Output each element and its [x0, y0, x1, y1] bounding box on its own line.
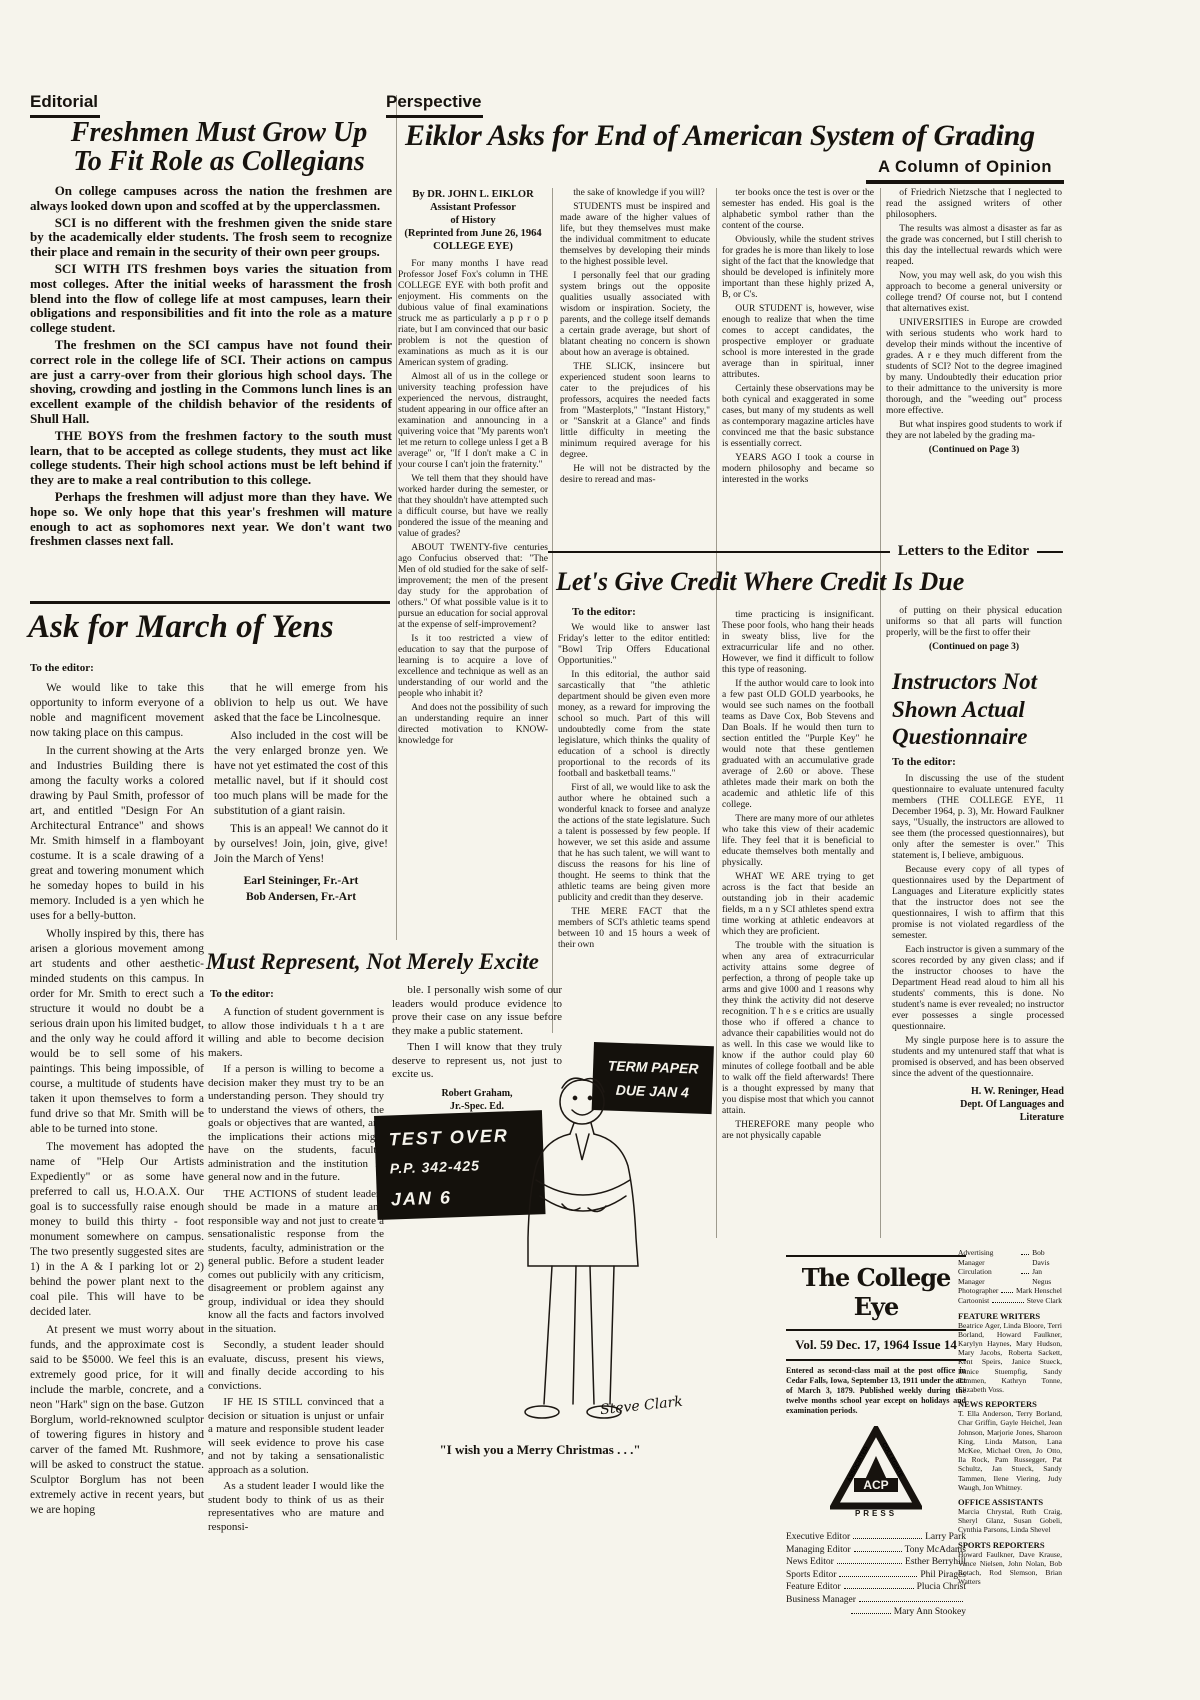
dot-leader — [839, 1576, 917, 1577]
paragraph: ter books once the test is over or the s… — [722, 188, 874, 232]
column-of-opinion-kicker: A Column of Opinion — [866, 158, 1064, 184]
eiklor-column-4: of Friedrich Nietzsche that I neglected … — [886, 188, 1062, 456]
paragraph: Perhaps the freshmen will adjust more th… — [30, 490, 392, 549]
yens-salutation: To the editor: — [30, 662, 94, 674]
staff-name: Steve Clark — [1027, 1296, 1062, 1306]
acp-press-logo: ACP MEMBER ASSOCIATED COLLEGIATE PRESS — [830, 1426, 922, 1518]
paragraph: We would like to answer last Friday's le… — [558, 623, 710, 667]
dot-leader — [851, 1613, 891, 1614]
instructors-letter-text: In discussing the use of the student que… — [892, 774, 1064, 1080]
board2-line1: TERM PAPER — [608, 1058, 700, 1077]
paragraph: Each instructor is given a summary of th… — [892, 945, 1064, 1033]
paragraph: We tell them that they should have worke… — [398, 474, 548, 540]
staff-role: Business Manager — [786, 1594, 856, 1607]
credit-column-2: time practicing is insignificant. These … — [722, 610, 874, 1145]
masthead-right-column: Advertising ManagerBob Davis Circulation… — [958, 1248, 1062, 1586]
masthead-volume-line: Vol. 59 Dec. 17, 1964 Issue 14 — [786, 1333, 966, 1357]
paragraph: Now, you may well ask, do you wish this … — [886, 271, 1062, 315]
eiklor-byline: By DR. JOHN L. EIKLOR Assistant Professo… — [398, 188, 548, 253]
staff-row: Executive EditorLarry Park — [786, 1531, 966, 1544]
dot-leader — [992, 1302, 1024, 1303]
staff-row: Sports EditorPhil Pirages — [786, 1569, 966, 1582]
paragraph: Wholly inspired by this, there has arise… — [30, 927, 204, 1137]
masthead-rule — [786, 1255, 966, 1257]
editorial-body: On college campuses across the nation th… — [30, 184, 392, 551]
staff-group-names: T. Ella Anderson, Terry Borland, Char Gr… — [958, 1409, 1062, 1492]
staff-name: Jan Negus — [1032, 1267, 1062, 1286]
credit-continued-line: (Continued on page 3) — [886, 642, 1062, 653]
paragraph: time practicing is insignificant. These … — [722, 610, 874, 676]
paragraph: Also included in the cost will be the ve… — [214, 729, 388, 819]
staff-group-title: NEWS REPORTERS — [958, 1399, 1062, 1409]
instructors-letter: In discussing the use of the student que… — [892, 774, 1064, 1124]
letters-to-editor-header: Letters to the Editor — [548, 543, 1063, 560]
paragraph: At present we must worry about funds, an… — [30, 1323, 204, 1518]
staff-role: News Editor — [786, 1556, 834, 1569]
acp-center-label: ACP — [863, 1478, 888, 1492]
dot-leader — [837, 1563, 902, 1564]
masthead-entered-notice: Entered as second-class mail at the post… — [786, 1366, 966, 1416]
staff-role: Executive Editor — [786, 1531, 850, 1544]
credit-salutation: To the editor: — [572, 606, 710, 618]
board1-line1: TEST OVER — [388, 1125, 509, 1149]
staff-row: Feature EditorPlucia Christ — [786, 1581, 966, 1594]
eiklor-continued-line: (Continued on Page 3) — [886, 445, 1062, 456]
paragraph: THE BOYS from the freshmen factory to th… — [30, 429, 392, 488]
staff-role: Sports Editor — [786, 1569, 836, 1582]
paragraph: For many months I have read Professor Jo… — [398, 259, 548, 369]
dot-leader — [844, 1588, 914, 1589]
editorial-headline: Freshmen Must Grow Up To Fit Role as Col… — [48, 118, 390, 177]
eiklor-column-1-text: For many months I have read Professor Jo… — [398, 259, 548, 747]
dot-leader — [859, 1601, 963, 1602]
acp-press-label: PRESS — [855, 1509, 897, 1518]
header-rule-left — [548, 551, 890, 553]
section-label-perspective: Perspective — [386, 92, 483, 118]
staff-name: Mark Henschel — [1016, 1286, 1062, 1296]
paragraph: that he will emerge from his oblivion to… — [214, 681, 388, 726]
staff-row: Business Manager — [786, 1594, 966, 1607]
credit-column-3-text: of putting on their physical education u… — [886, 606, 1062, 639]
yens-column-2: that he will emerge from his oblivion to… — [214, 681, 388, 905]
staff-name: Esther Berryhill — [905, 1556, 966, 1569]
column-rule — [396, 95, 397, 940]
masthead-title: The College Eye — [786, 1259, 966, 1327]
credit-column-1: To the editor: We would like to answer l… — [558, 606, 710, 954]
paragraph: We would like to take this opportunity t… — [30, 681, 204, 741]
credit-column-3: of putting on their physical education u… — [886, 606, 1062, 653]
dot-leader — [854, 1551, 902, 1552]
paragraph: THE MERE FACT that the members of SCI's … — [558, 907, 710, 951]
staff-row: Managing EditorTony McAdams — [786, 1544, 966, 1557]
credit-column-1-text: We would like to answer last Friday's le… — [558, 623, 710, 951]
yens-headline: Ask for March of Yens — [28, 610, 392, 645]
staff-role: Managing Editor — [786, 1544, 851, 1557]
staff-role: Cartoonist — [958, 1296, 989, 1306]
eiklor-headline: Eiklor Asks for End of American System o… — [405, 120, 1065, 152]
masthead-rule — [786, 1359, 966, 1361]
paragraph: the sake of knowledge if you will? — [560, 188, 710, 199]
paragraph: And does not the possibility of such an … — [398, 703, 548, 747]
yens-column-2-text: that he will emerge from his oblivion to… — [214, 681, 388, 867]
must-represent-salutation: To the editor: — [210, 988, 274, 1000]
paragraph: This is an appeal! We cannot do it by ou… — [214, 822, 388, 867]
paragraph: My single purpose here is to assure the … — [892, 1036, 1064, 1080]
staff-name: Mary Ann Stookey — [894, 1606, 966, 1619]
paragraph: WHAT WE ARE trying to get across is the … — [722, 872, 874, 938]
paragraph: In discussing the use of the student que… — [892, 774, 1064, 862]
paragraph: If the author would care to look into a … — [722, 679, 874, 811]
staff-role: Photographer — [958, 1286, 998, 1296]
paragraph: Is it too restricted a view of education… — [398, 634, 548, 700]
staff-group-names: Howard Faulkner, Dave Krause, Vance Niel… — [958, 1550, 1062, 1587]
header-rule-right — [1037, 551, 1063, 553]
acp-logo-wrap: ACP MEMBER ASSOCIATED COLLEGIATE PRESS — [786, 1426, 966, 1523]
paragraph: THEREFORE many people who are not physic… — [722, 1120, 874, 1142]
paragraph: I personally feel that our grading syste… — [560, 271, 710, 359]
masthead-rule — [786, 1329, 966, 1331]
column-rule — [552, 188, 553, 1033]
yens-signatures: Earl Steininger, Fr.-Art Bob Andersen, F… — [214, 873, 388, 905]
staff-group-names: Beatrice Ager, Linda Bloore, Terri Borla… — [958, 1321, 1062, 1395]
eiklor-column-3: ter books once the test is over or the s… — [722, 188, 874, 489]
test-over-board: TEST OVER P.P. 342-425 JAN 6 — [374, 1110, 546, 1220]
paragraph: The trouble with the situation is when a… — [722, 941, 874, 1117]
paragraph: SCI WITH ITS freshmen boys varies the si… — [30, 262, 392, 336]
editor-staff-list: Executive EditorLarry Park Managing Edit… — [786, 1531, 966, 1619]
paragraph: THE SLICK, insincere but experienced stu… — [560, 362, 710, 461]
column-rule — [880, 188, 881, 1238]
paragraph: of Friedrich Nietzsche that I neglected … — [886, 188, 1062, 221]
staff-row: CartoonistSteve Clark — [958, 1296, 1062, 1306]
paragraph: STUDENTS must be inspired and made aware… — [560, 202, 710, 268]
staff-row: Advertising ManagerBob Davis — [958, 1248, 1062, 1267]
paragraph: On college campuses across the nation th… — [30, 184, 392, 214]
staff-group-names: Marcia Chrystal, Ruth Craig, Sheryl Glan… — [958, 1507, 1062, 1535]
paragraph: Almost all of us in the college or unive… — [398, 372, 548, 471]
staff-row: Circulation ManagerJan Negus — [958, 1267, 1062, 1286]
paragraph: SCI is no different with the freshmen gi… — [30, 216, 392, 260]
paragraph: There are many more of our athletes who … — [722, 814, 874, 869]
staff-role: Circulation Manager — [958, 1267, 1018, 1286]
dot-leader — [1001, 1292, 1013, 1293]
staff-row: PhotographerMark Henschel — [958, 1286, 1062, 1296]
staff-row: News EditorEsther Berryhill — [786, 1556, 966, 1569]
cartoon-caption: "I wish you a Merry Christmas . . ." — [408, 1442, 672, 1458]
cartoon-drawing: TERM PAPER DUE JAN 4 TEST OVER P.P. 342-… — [356, 1038, 726, 1438]
staff-role: Feature Editor — [786, 1581, 841, 1594]
paragraph: In this editorial, the author said sarca… — [558, 670, 710, 780]
paragraph: The results was almost a disaster as far… — [886, 224, 1062, 268]
staff-row: Mary Ann Stookey — [786, 1606, 966, 1619]
paragraph: ble. I personally wish some of our leade… — [392, 984, 562, 1038]
masthead-box: The College Eye Vol. 59 Dec. 17, 1964 Is… — [786, 1253, 966, 1619]
paragraph: He will not be distracted by the desire … — [560, 464, 710, 486]
dot-leader — [1021, 1254, 1029, 1255]
staff-group-title: FEATURE WRITERS — [958, 1311, 1062, 1321]
paragraph: The movement has adopted the name of "He… — [30, 1140, 204, 1320]
paragraph: Certainly these observations may be both… — [722, 384, 874, 450]
instructors-signature: H. W. Reninger, Head Dept. Of Languages … — [892, 1085, 1064, 1124]
acp-member-label: MEMBER — [859, 1496, 893, 1502]
must-represent-headline: Must Represent, Not Merely Excite — [206, 950, 562, 974]
term-paper-board: TERM PAPER DUE JAN 4 — [592, 1042, 714, 1114]
section-label-editorial: Editorial — [30, 92, 100, 118]
yens-column-1: We would like to take this opportunity t… — [30, 681, 204, 1521]
newspaper-page: Editorial Freshmen Must Grow Up To Fit R… — [0, 0, 1200, 1700]
paragraph: First of all, we would like to ask the a… — [558, 783, 710, 904]
board1-line2: P.P. 342-425 — [390, 1157, 481, 1176]
board2-line2: DUE JAN 4 — [615, 1082, 689, 1101]
staff-role: Advertising Manager — [958, 1248, 1018, 1267]
eiklor-column-1: By DR. JOHN L. EIKLOR Assistant Professo… — [398, 188, 548, 750]
paragraph: UNIVERSITIES in Europe are crowded with … — [886, 318, 1062, 417]
staff-name: Bob Davis — [1032, 1248, 1062, 1267]
paragraph: Obviously, while the student strives for… — [722, 235, 874, 301]
instructors-salutation: To the editor: — [892, 756, 956, 768]
paragraph: In the current showing at the Arts and I… — [30, 744, 204, 924]
editorial-cartoon: TERM PAPER DUE JAN 4 TEST OVER P.P. 342-… — [356, 1038, 726, 1438]
paragraph: ABOUT TWENTY-five centuries ago Confuciu… — [398, 543, 548, 631]
letters-to-editor-label: Letters to the Editor — [898, 543, 1029, 560]
paragraph: As a student leader I would like the stu… — [208, 1480, 384, 1534]
paragraph: of putting on their physical education u… — [886, 606, 1062, 639]
eiklor-column-2: the sake of knowledge if you will?STUDEN… — [560, 188, 710, 489]
credit-headline: Let's Give Credit Where Credit Is Due — [556, 568, 1062, 595]
paragraph: Because every copy of all types of quest… — [892, 865, 1064, 942]
paragraph: The freshmen on the SCI campus have not … — [30, 338, 392, 427]
staff-name: Tony McAdams — [905, 1544, 966, 1557]
staff-group-title: OFFICE ASSISTANTS — [958, 1497, 1062, 1507]
instructors-headline: Instructors Not Shown Actual Questionnai… — [892, 668, 1068, 751]
dot-leader — [853, 1538, 922, 1539]
paragraph: OUR STUDENT is, however, wise enough to … — [722, 304, 874, 381]
paragraph: YEARS AGO I took a course in modern phil… — [722, 453, 874, 486]
staff-group-title: SPORTS REPORTERS — [958, 1540, 1062, 1550]
paragraph: But what inspires good students to work … — [886, 420, 1062, 442]
divider-rule — [30, 601, 390, 604]
board1-line3: JAN 6 — [391, 1187, 453, 1209]
eiklor-column-4-text: of Friedrich Nietzsche that I neglected … — [886, 188, 1062, 442]
dot-leader — [1021, 1273, 1029, 1274]
